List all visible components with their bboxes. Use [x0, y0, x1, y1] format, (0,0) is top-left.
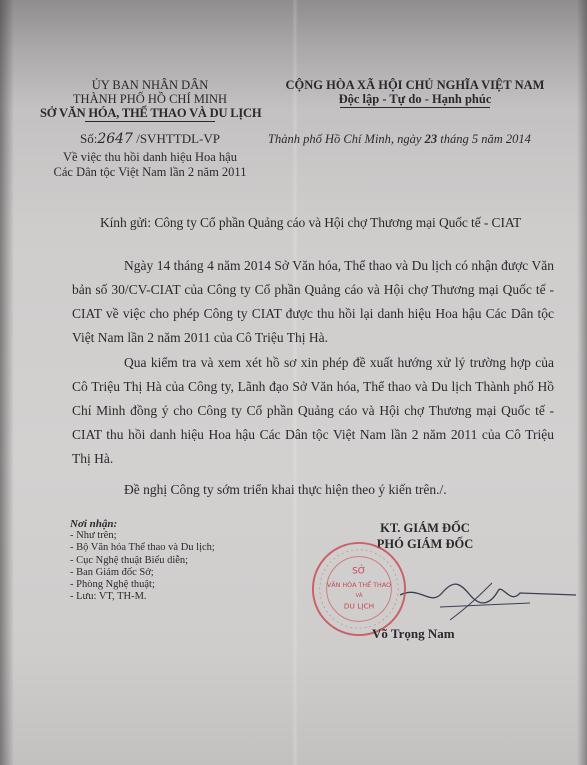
- body-paragraph-3: Đề nghị Công ty sớm triển khai thực hiện…: [72, 478, 554, 502]
- authority-underline: [85, 121, 215, 122]
- body-paragraph-2: Qua kiểm tra và xem xét hồ sơ xin phép đ…: [72, 351, 554, 471]
- recipient-item: - Ban Giám đốc Sở;: [70, 567, 215, 579]
- authority-line-1: ỦY BAN NHÂN DÂN: [40, 78, 260, 92]
- svg-text:SỞ: SỞ: [352, 564, 366, 576]
- recipient-item: - Phòng Nghệ thuật;: [70, 579, 215, 591]
- document-date: Thành phố Hồ Chí Minh, ngày 23 tháng 5 n…: [268, 132, 531, 147]
- national-title: CỘNG HÒA XÃ HỘI CHỦ NGHĨA VIỆT NAM: [280, 78, 550, 92]
- recipients-title: Nơi nhận:: [70, 518, 215, 530]
- national-motto: Độc lập - Tự do - Hạnh phúc: [280, 92, 550, 106]
- signer-name: Võ Trọng Nam: [372, 626, 455, 642]
- recipients-list: Nơi nhận: - Như trên; - Bộ Văn hóa Thể t…: [70, 518, 215, 603]
- page-shadow-right: [577, 0, 587, 765]
- authority-line-3: SỞ VĂN HÓA, THỂ THAO VÀ DU LỊCH: [40, 106, 260, 120]
- document-number: Số:2647 /SVHTTDL-VP: [40, 131, 260, 147]
- handwritten-number: 2647: [97, 131, 133, 147]
- authority-line-2: THÀNH PHỐ HỒ CHÍ MINH: [40, 92, 260, 106]
- motto-underline: [340, 107, 490, 108]
- addressee: Kính gửi: Công ty Cổ phần Quảng cáo và H…: [100, 215, 521, 231]
- official-seal-icon: SỞ VĂN HÓA THỂ THAO VÀ DU LỊCH: [310, 540, 408, 638]
- page-shadow-left: [0, 0, 14, 765]
- document-subject: Về việc thu hồi danh hiệu Hoa hậu Các Dâ…: [40, 150, 260, 180]
- recipient-item: - Lưu: VT, TH-M.: [70, 591, 215, 603]
- svg-text:VÀ: VÀ: [355, 592, 362, 599]
- recipient-item: - Cục Nghệ thuật Biểu diễn;: [70, 555, 215, 567]
- handwritten-day: 23: [425, 132, 438, 146]
- body-paragraph-1: Ngày 14 tháng 4 năm 2014 Sở Văn hóa, Thể…: [72, 254, 554, 350]
- recipient-item: - Như trên;: [70, 530, 215, 542]
- svg-text:VĂN HÓA THỂ THAO: VĂN HÓA THỂ THAO: [327, 579, 391, 589]
- national-header: CỘNG HÒA XÃ HỘI CHỦ NGHĨA VIỆT NAM Độc l…: [280, 78, 550, 108]
- issuing-authority-header: ỦY BAN NHÂN DÂN THÀNH PHỐ HỒ CHÍ MINH SỞ…: [40, 78, 260, 122]
- svg-text:DU LỊCH: DU LỊCH: [344, 602, 374, 611]
- handwritten-signature-icon: [380, 565, 580, 625]
- recipient-item: - Bộ Văn hóa Thể thao và Du lịch;: [70, 542, 215, 554]
